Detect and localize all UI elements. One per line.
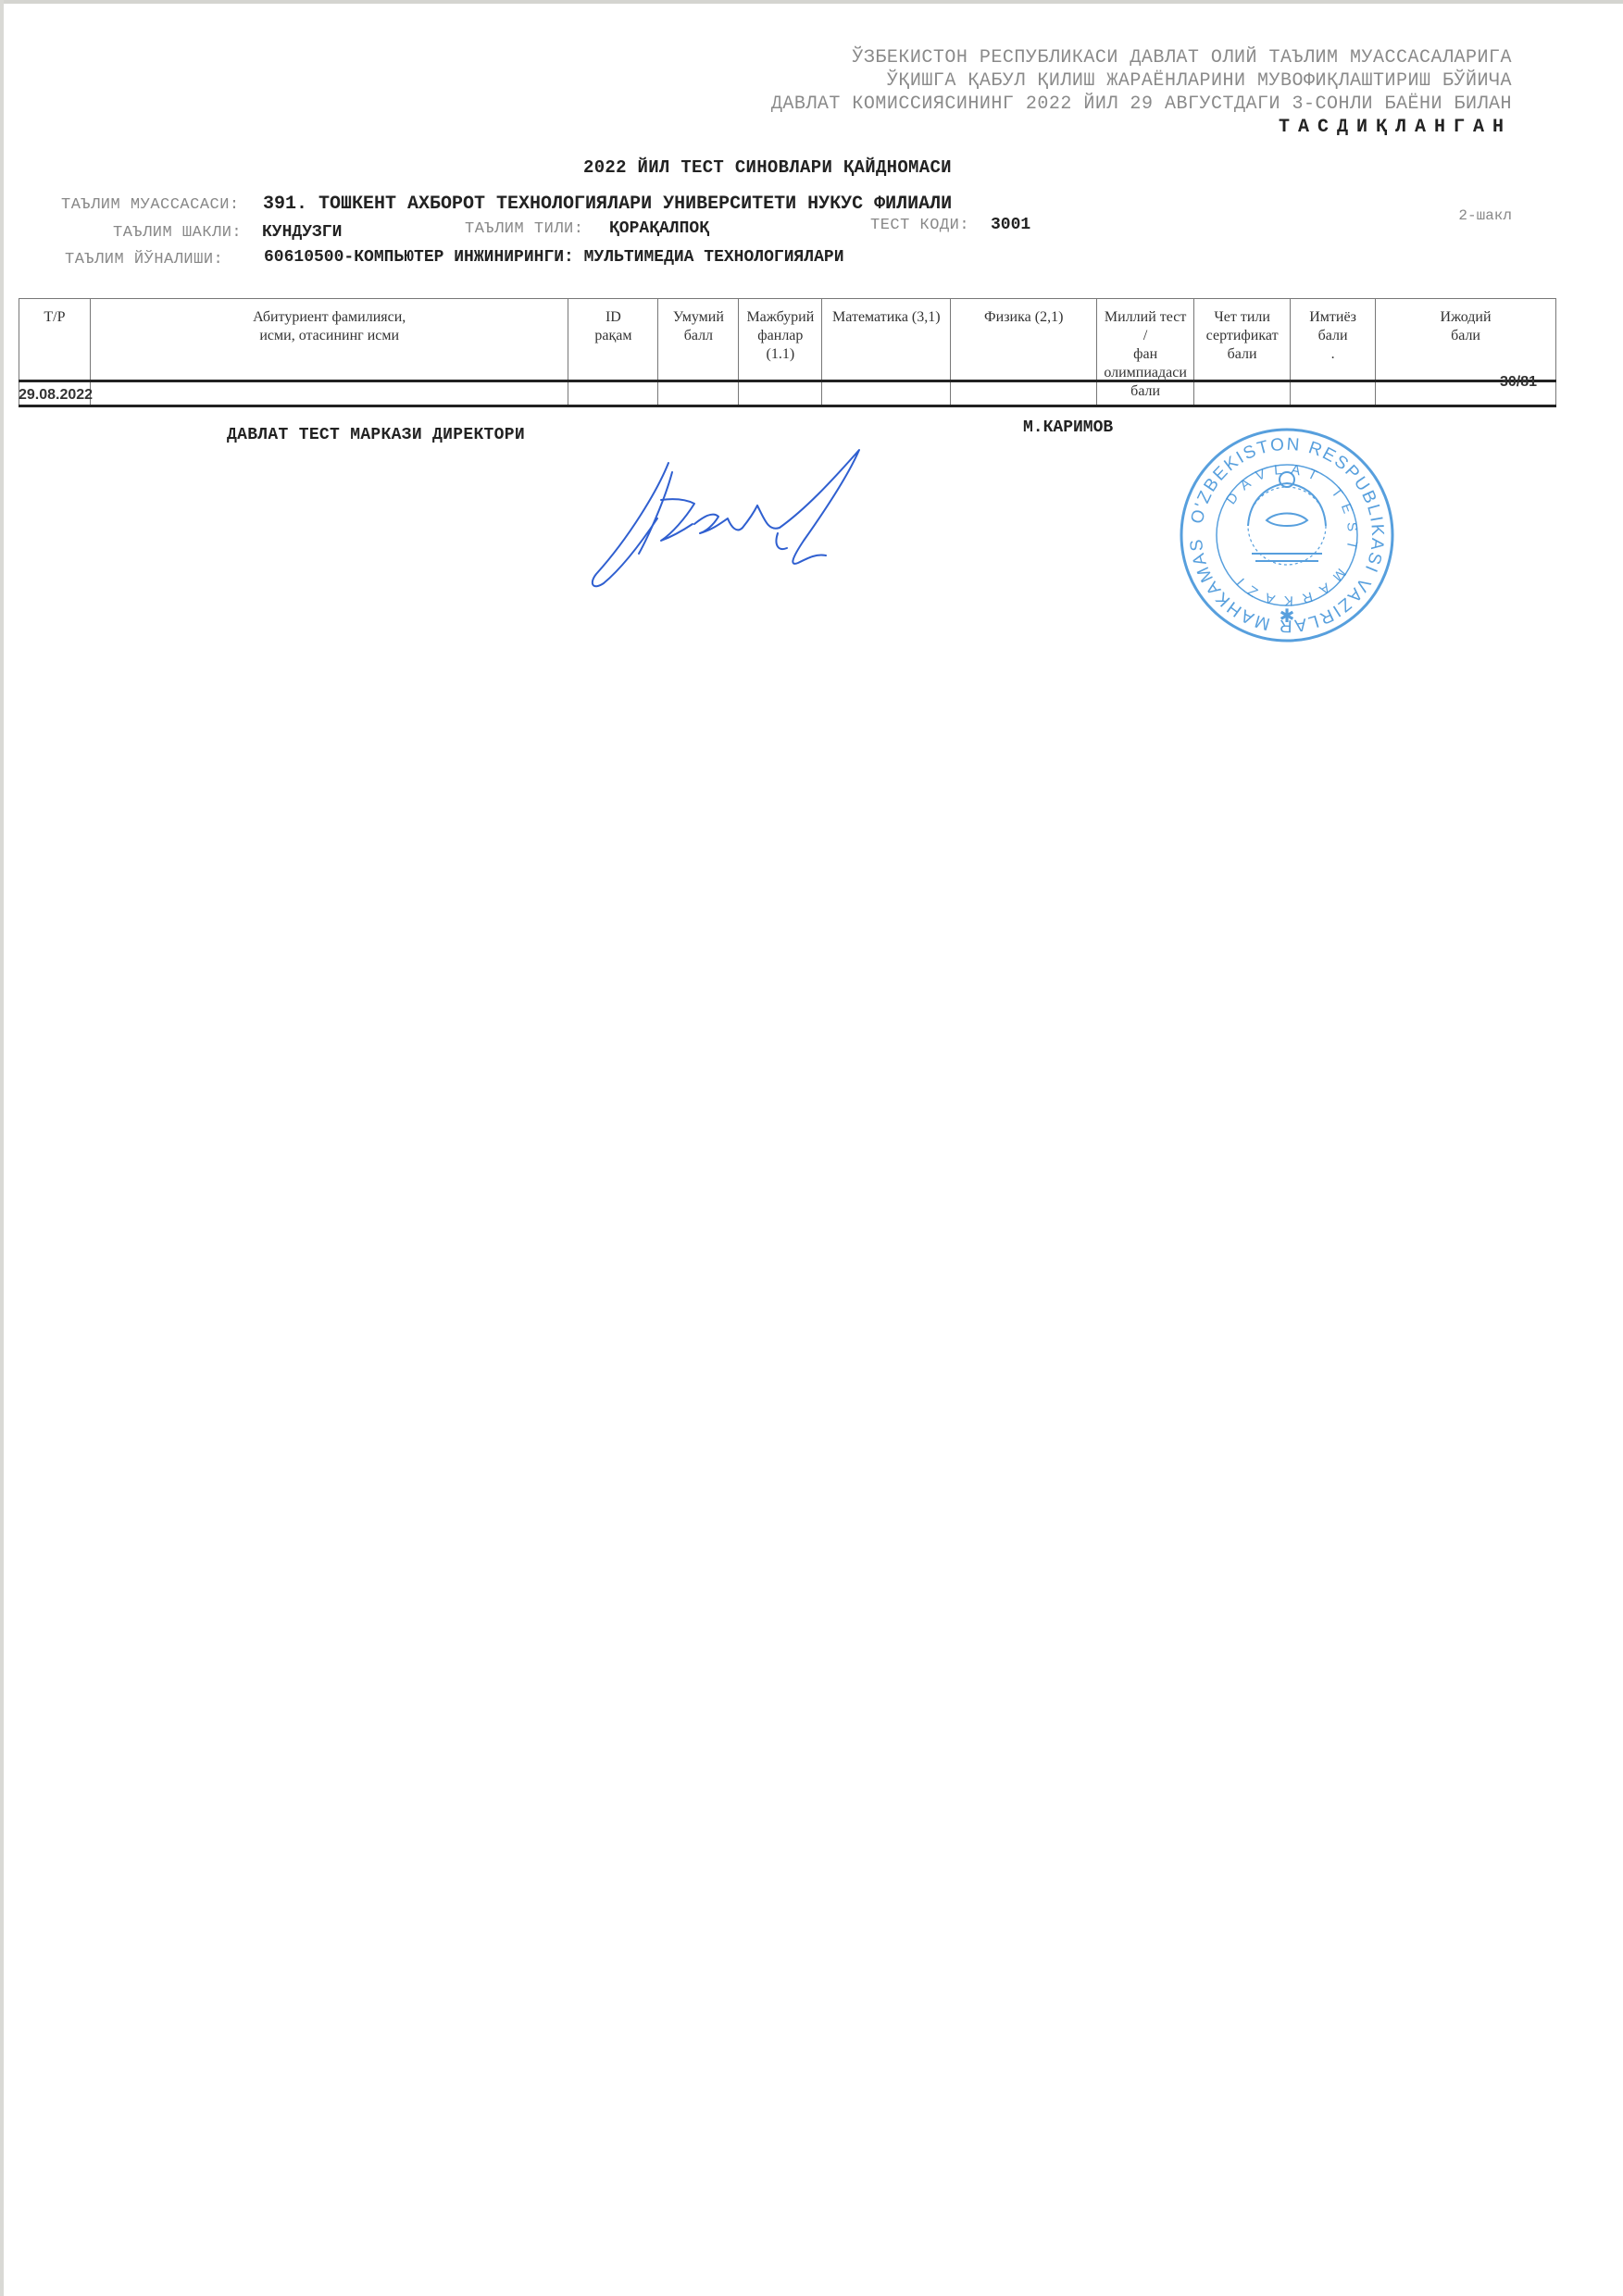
column-header-line: Чет тили (1198, 308, 1286, 327)
approved-label: ТАСДИҚЛАНГАН (1279, 117, 1512, 138)
column-header: Математика (3,1) (822, 299, 951, 406)
scan-edge (0, 0, 1623, 4)
column-header-line: . (1294, 345, 1371, 364)
column-header-line: Математика (3,1) (826, 308, 946, 327)
institution-value: 391. ТОШКЕНТ АХБОРОТ ТЕХНОЛОГИЯЛАРИ УНИВ… (263, 193, 952, 215)
results-table: Т/РАбитуриент фамилияси,исми, отасининг … (19, 298, 1556, 407)
column-header: Умумийбалл (658, 299, 739, 406)
column-header: Миллий тест /фанолимпиадасибали (1097, 299, 1194, 406)
direction-label: ТАЪЛИМ ЙЎНАЛИШИ: (65, 251, 223, 268)
column-header-line: бали (1198, 345, 1286, 364)
column-header-line: фан (1101, 345, 1190, 364)
column-header-line: Ижодий (1380, 308, 1552, 327)
column-header-line: бали (1380, 327, 1552, 345)
column-header-line: Мажбурий (743, 308, 818, 327)
study-language-label: ТАЪЛИМ ТИЛИ: (465, 220, 583, 238)
column-header-line: сертификат (1198, 327, 1286, 345)
column-header-line: балл (662, 327, 734, 345)
column-header-line: исми, отасининг исми (94, 327, 565, 345)
column-header-line: Абитуриент фамилияси, (94, 308, 565, 327)
signer-name: М.КАРИМОВ (1023, 418, 1113, 437)
table-header-row: Т/РАбитуриент фамилияси,исми, отасининг … (19, 299, 1556, 406)
column-header-line: бали (1101, 382, 1190, 401)
study-form-label: ТАЪЛИМ ШАКЛИ: (113, 224, 242, 242)
institution-label: ТАЪЛИМ МУАССАСАСИ: (61, 196, 240, 214)
seal-stamp-icon: O'ZBEKISTON RESPUBLIKASI VAZIRLAR MAHKAM… (1176, 424, 1398, 646)
test-code-value: 3001 (991, 216, 1030, 234)
column-header: Имтиёзбали. (1291, 299, 1376, 406)
column-header: Абитуриент фамилияси,исми, отасининг исм… (90, 299, 568, 406)
study-form-value: КУНДУЗГИ (262, 223, 342, 242)
column-header-line: Физика (2,1) (955, 308, 1092, 327)
column-header-line: Имтиёз (1294, 308, 1371, 327)
scan-edge (0, 0, 4, 2296)
column-header-line: бали (1294, 327, 1371, 345)
column-header-line: рақам (572, 327, 654, 345)
svg-text:✱: ✱ (1280, 605, 1295, 627)
column-header: IDрақам (568, 299, 658, 406)
column-header-line: фанлар (743, 327, 818, 345)
approval-header: ЎЗБЕКИСТОН РЕСПУБЛИКАСИ ДАВЛАТ ОЛИЙ ТАЪЛ… (771, 46, 1512, 116)
signature-icon (583, 444, 898, 593)
print-date: 29.08.2022 (19, 387, 93, 404)
table-bottom-rule (19, 380, 1556, 382)
column-header: Мажбурийфанлар(1.1) (739, 299, 822, 406)
signer-title: ДАВЛАТ ТЕСТ МАРКАЗИ ДИРЕКТОРИ (227, 426, 525, 444)
test-code-label: ТЕСТ КОДИ: (870, 217, 969, 234)
form-number: 2-шакл (1458, 207, 1512, 224)
study-language-value: ҚОРАҚАЛПОҚ (609, 219, 709, 238)
column-header-line: ID (572, 308, 654, 327)
approval-line: ЎЗБЕКИСТОН РЕСПУБЛИКАСИ ДАВЛАТ ОЛИЙ ТАЪЛ… (771, 46, 1512, 69)
column-header-line: (1.1) (743, 345, 818, 364)
column-header-line: Умумий (662, 308, 734, 327)
approval-line: ЎҚИШГА ҚАБУЛ ҚИЛИШ ЖАРАЁНЛАРИНИ МУВОФИҚЛ… (771, 69, 1512, 93)
column-header: Чет тилисертификатбали (1194, 299, 1291, 406)
column-header: Физика (2,1) (951, 299, 1097, 406)
column-header-line: Т/Р (23, 308, 86, 327)
approval-line: ДАВЛАТ КОМИССИЯСИНИНГ 2022 ЙИЛ 29 АВГУСТ… (771, 93, 1512, 116)
page-number: 30/81 (1500, 374, 1537, 391)
document-title: 2022 ЙИЛ ТЕСТ СИНОВЛАРИ ҚАЙДНОМАСИ (583, 157, 952, 178)
column-header-line: Миллий тест / (1101, 308, 1190, 345)
direction-value: 60610500-КОМПЬЮТЕР ИНЖИНИРИНГИ: МУЛЬТИМЕ… (264, 248, 844, 267)
